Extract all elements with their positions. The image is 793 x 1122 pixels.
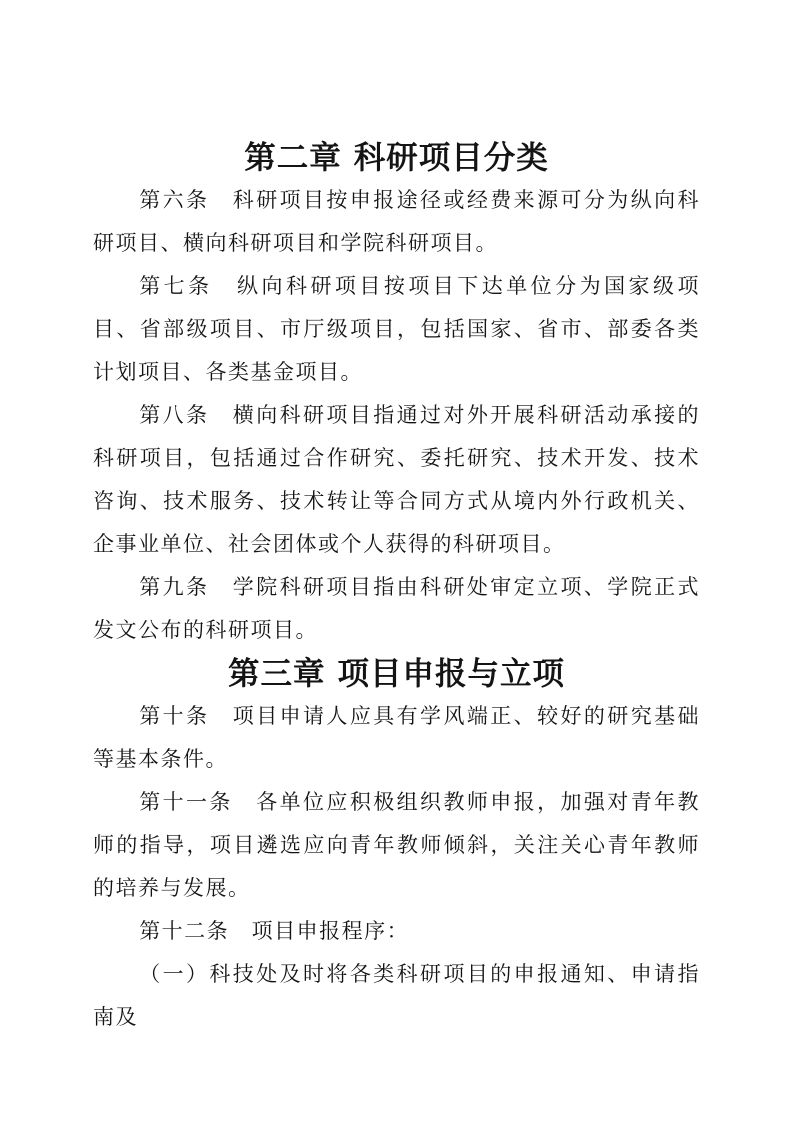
- article-12-paragraph: 第十二条 项目申报程序：: [93, 910, 700, 953]
- article-6-paragraph: 第六条 科研项目按申报途径或经费来源可分为纵向科研项目、横向科研项目和学院科研项…: [93, 179, 700, 265]
- article-10-paragraph: 第十条 项目申请人应具有学风端正、较好的研究基础等基本条件。: [93, 695, 700, 781]
- document-page: 第二章 科研项目分类 第六条 科研项目按申报途径或经费来源可分为纵向科研项目、横…: [0, 0, 793, 1122]
- chapter-3-heading: 第三章 项目申报与立项: [93, 652, 700, 695]
- article-9-paragraph: 第九条 学院科研项目指由科研处审定立项、学院正式发文公布的科研项目。: [93, 566, 700, 652]
- article-7-paragraph: 第七条 纵向科研项目按项目下达单位分为国家级项目、省部级项目、市厅级项目，包括国…: [93, 265, 700, 394]
- chapter-2-heading: 第二章 科研项目分类: [93, 136, 700, 179]
- list-item-1-paragraph: （一）科技处及时将各类科研项目的申报通知、申请指南及: [93, 953, 700, 1039]
- article-11-paragraph: 第十一条 各单位应积极组织教师申报，加强对青年教师的指导，项目遴选应向青年教师倾…: [93, 781, 700, 910]
- article-8-paragraph: 第八条 横向科研项目指通过对外开展科研活动承接的科研项目，包括通过合作研究、委托…: [93, 394, 700, 566]
- document-body: 第二章 科研项目分类 第六条 科研项目按申报途径或经费来源可分为纵向科研项目、横…: [93, 136, 700, 1039]
